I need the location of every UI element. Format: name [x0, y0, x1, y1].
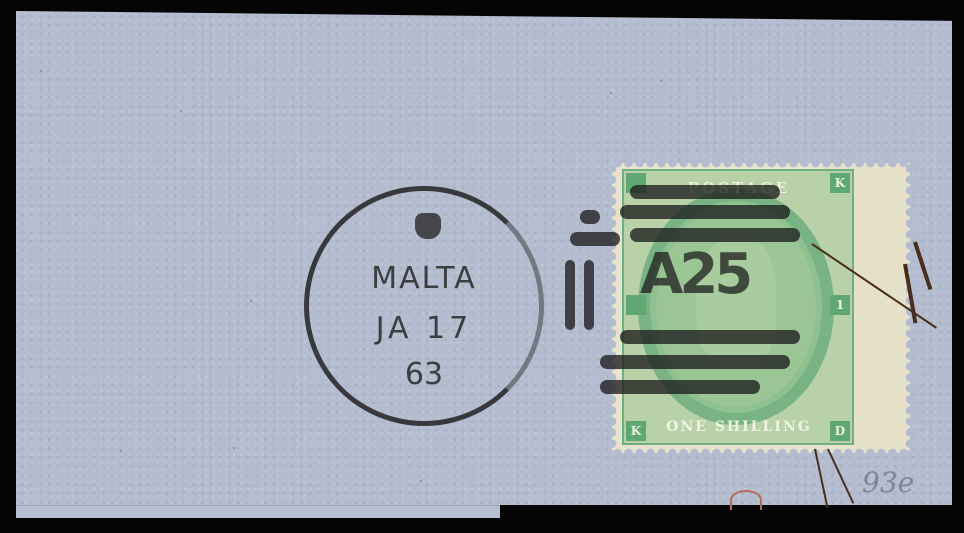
- crown-icon: [415, 213, 441, 239]
- red-crayon-mark: [730, 490, 762, 510]
- sheet-margin: [852, 163, 910, 453]
- datestamp-town: MALTA: [309, 261, 539, 296]
- plate-number-right: 1: [830, 295, 850, 315]
- perforations-bottom: [612, 448, 910, 458]
- stamp-bottom-legend: ONE SHILLING: [654, 419, 824, 435]
- corner-letter-top-right: K: [830, 173, 850, 193]
- cover-fragment-fold: [16, 505, 500, 518]
- photo-scene: POSTAGE ONE SHILLING K K D 1 A25 MALTA J…: [0, 0, 964, 533]
- obliterator-numeral: A25: [640, 242, 749, 307]
- datestamp-year: 63: [309, 357, 539, 392]
- fold-line: [16, 505, 500, 506]
- perforations-top: [612, 158, 910, 168]
- corner-letter-bottom-left: K: [626, 421, 646, 441]
- datestamp-date: JA 17: [309, 311, 539, 346]
- malta-datestamp: MALTA JA 17 63: [304, 186, 544, 426]
- corner-letter-bottom-right: D: [830, 421, 850, 441]
- pencil-notation: 93e: [862, 466, 914, 499]
